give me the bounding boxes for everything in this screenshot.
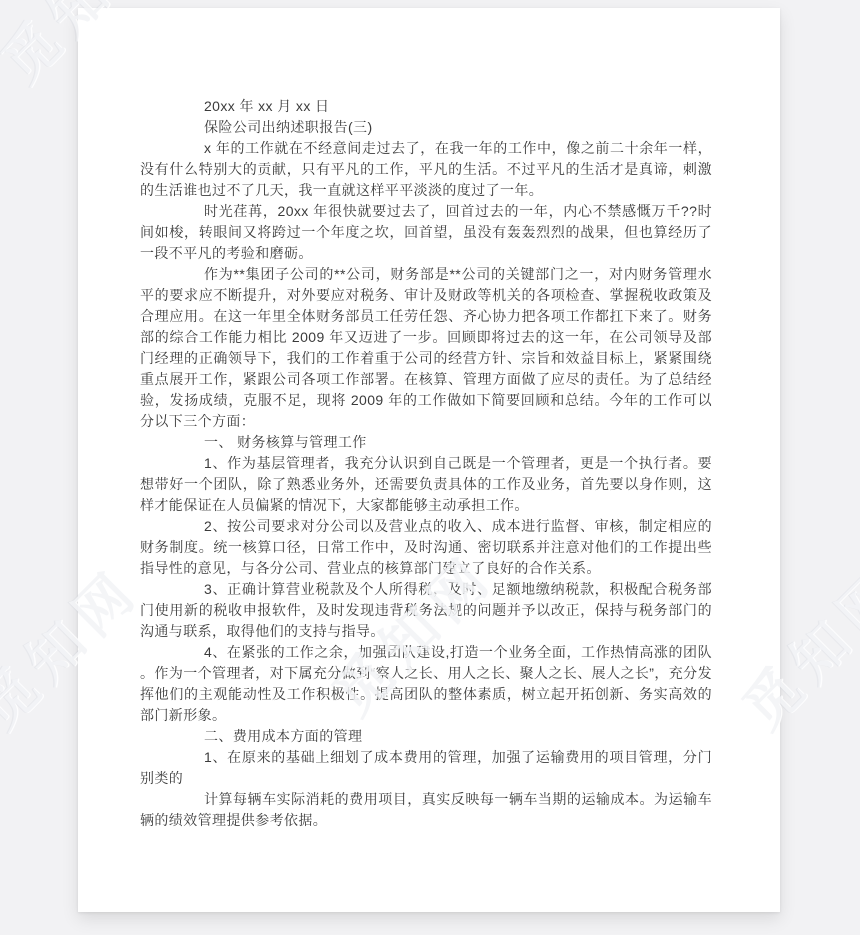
paragraph: 计算每辆车实际消耗的费用项目，真实反映每一辆车当期的运输成本。为运输车辆的绩效管…	[140, 789, 712, 831]
paragraph: x 年的工作就在不经意间走过去了，在我一年的工作中，像之前二十余年一样，没有什么…	[140, 138, 712, 201]
document-title: 保险公司出纳述职报告(三)	[140, 117, 712, 138]
section-heading: 二、费用成本方面的管理	[140, 726, 712, 747]
paragraph: 3、正确计算营业税款及个人所得税，及时、足额地缴纳税款，积极配合税务部门使用新的…	[140, 579, 712, 642]
viewer-background: 觅知网 觅知网 20xx 年 xx 月 xx 日保险公司出纳述职报告(三)x 年…	[0, 0, 860, 935]
document-page: 20xx 年 xx 月 xx 日保险公司出纳述职报告(三)x 年的工作就在不经意…	[78, 8, 780, 912]
section-heading: 一、 财务核算与管理工作	[140, 432, 712, 453]
date-line: 20xx 年 xx 月 xx 日	[140, 96, 712, 117]
paragraph: 1、作为基层管理者，我充分认识到自己既是一个管理者，更是一个执行者。要想带好一个…	[140, 453, 712, 516]
document-content: 20xx 年 xx 月 xx 日保险公司出纳述职报告(三)x 年的工作就在不经意…	[140, 96, 712, 831]
paragraph: 4、在紧张的工作之余，加强团队建设,打造一个业务全面，工作热情高涨的团队。作为一…	[140, 642, 712, 726]
paragraph: 2、按公司要求对分公司以及营业点的收入、成本进行监督、审核，制定相应的财务制度。…	[140, 516, 712, 579]
paragraph: 作为**集团子公司的**公司，财务部是**公司的关键部门之一，对内财务管理水平的…	[140, 264, 712, 432]
paragraph: 时光荏苒，20xx 年很快就要过去了，回首过去的一年，内心不禁感慨万千??时间如…	[140, 201, 712, 264]
paragraph: 1、在原来的基础上细划了成本费用的管理，加强了运输费用的项目管理，分门别类的	[140, 747, 712, 789]
